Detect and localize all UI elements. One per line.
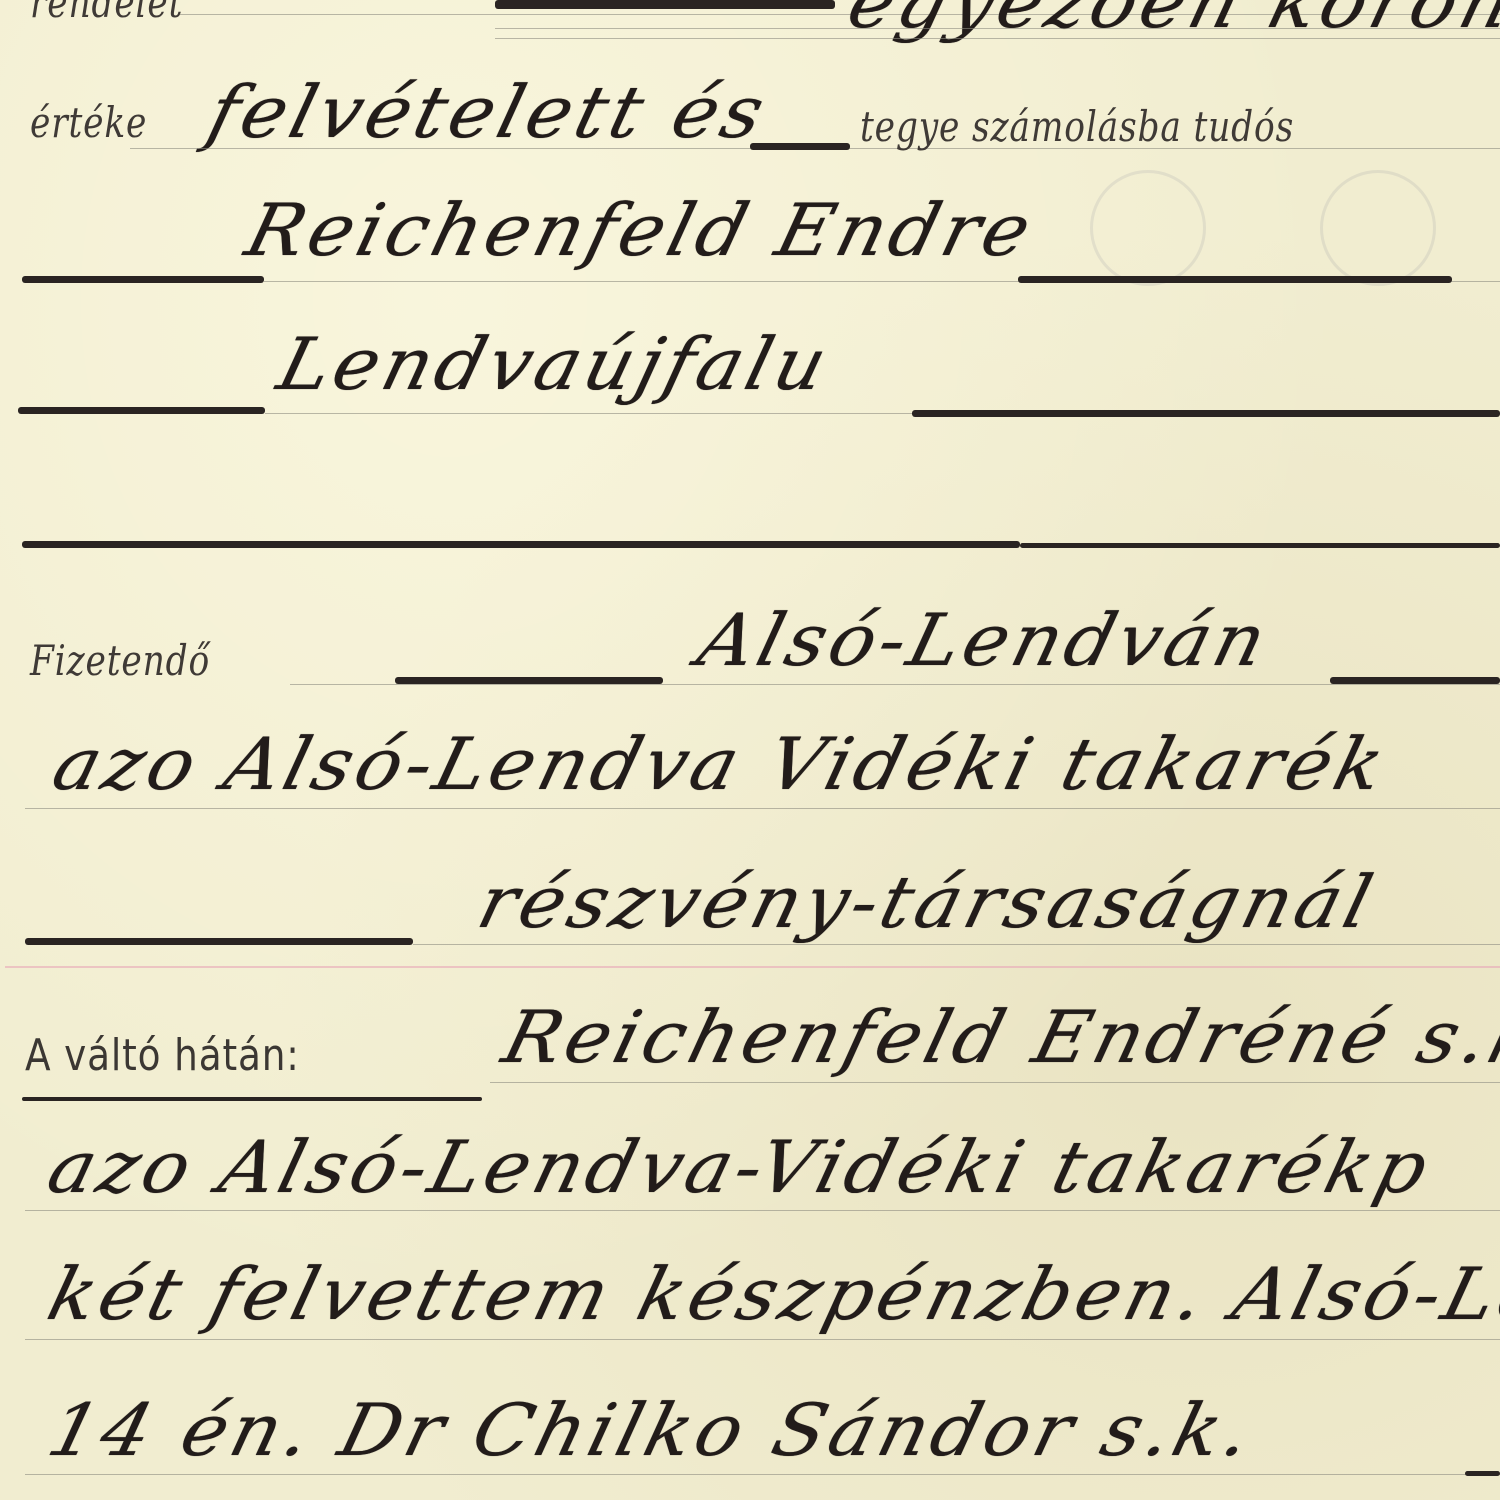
heavy-rule [18,407,265,414]
rule-line [25,1339,1500,1340]
handwritten-payable-place: Alsó-Lendván [690,598,1278,682]
label-erteke: értéke [30,98,147,147]
rule-line [495,28,1500,29]
rule-line [490,1082,1500,1083]
handwritten-back-line4: 14 én. Dr Chilko Sándor s.k. [40,1388,1264,1472]
rule-line [25,808,1500,809]
heavy-rule [22,1097,482,1101]
bill-of-exchange-document: rendelet egyezően korona értéke felvétel… [0,0,1500,1500]
handwritten-payable-line2: azo Alsó-Lendva Vidéki takarék [45,722,1396,806]
handwritten-back-line2: azo Alsó-Lendva-Vidéki takarékp [40,1125,1440,1209]
heavy-rule [1018,276,1452,283]
heavy-rule [22,276,264,283]
pink-rule [5,966,1500,968]
heavy-rule [25,938,413,945]
heavy-rule [1330,677,1500,684]
printed-label-top: rendelet [30,0,183,27]
rule-line [290,684,1500,685]
heavy-rule [1020,543,1500,548]
rule-line [495,38,1500,39]
label-fizetendo: Fizetendő [30,636,210,685]
heavy-rule [495,0,835,9]
handwritten-place: Lendvaújfalu [270,322,839,406]
heavy-rule [912,410,1500,417]
label-szamolasba: tegye számolásba tudós [860,102,1294,151]
heavy-rule [395,677,663,684]
handwritten-name: Reichenfeld Endre [238,188,1043,272]
rule-line [265,413,915,414]
rule-line [25,1210,1500,1211]
handwritten-back-line3: két felvettem készpénzben. Alsó-Le [40,1252,1500,1336]
handwritten-payable-line3: részvény-társaságnál [470,860,1385,944]
handwritten-value: felvételett és [200,70,776,154]
handwritten-back-line1: Reichenfeld Endréné s.k. [495,995,1500,1079]
rule-line [25,1474,1500,1475]
heavy-rule [22,541,1020,548]
watermark-circle [1090,170,1206,286]
heavy-rule [1465,1471,1500,1476]
watermark-circle [1320,170,1436,286]
label-valto-hatan: A váltó hátán: [25,1030,300,1081]
rule-line [413,944,1500,945]
heavy-rule [750,143,850,150]
